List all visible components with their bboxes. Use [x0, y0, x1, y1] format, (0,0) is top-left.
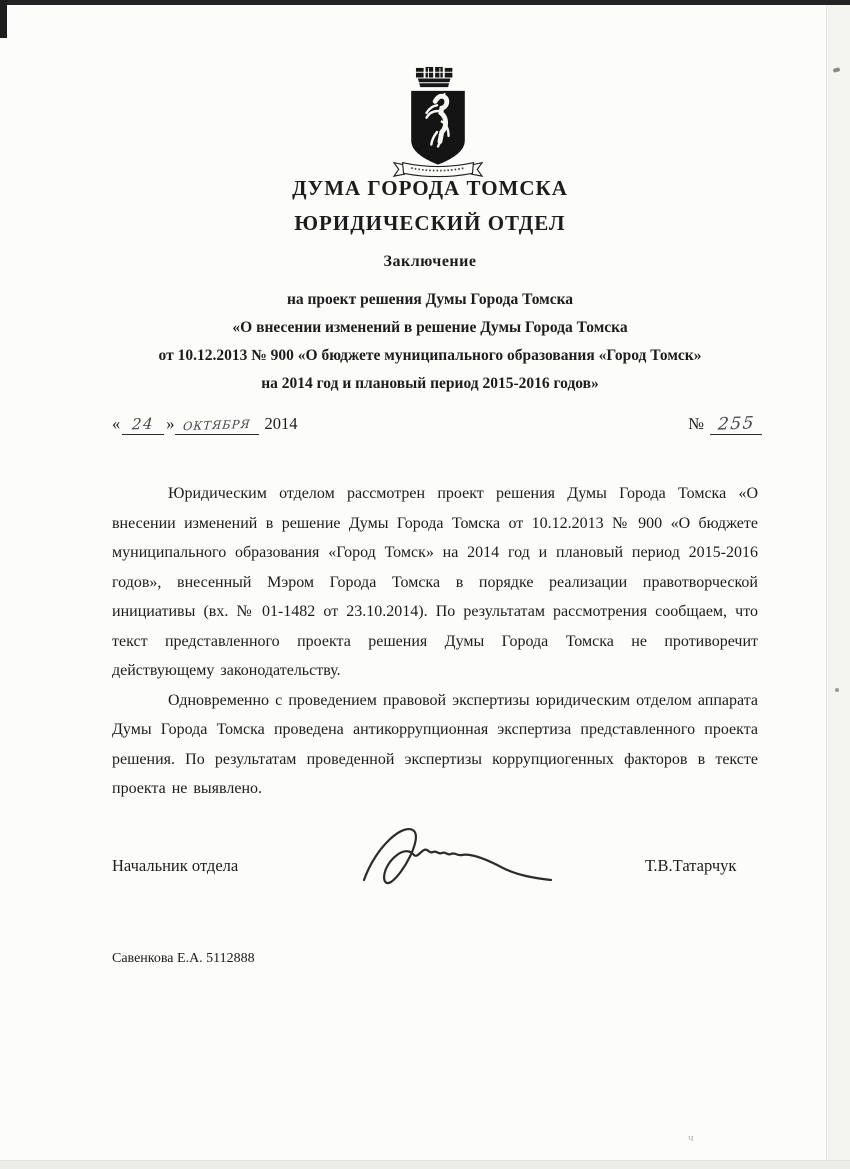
year-text: 2014 — [265, 414, 298, 433]
scan-bottom-edge-shade — [0, 1160, 850, 1169]
signer-name: Т.В.Татарчук — [645, 856, 736, 876]
body-paragraph-1: Юридическим отделом рассмотрен проект ре… — [112, 479, 758, 686]
close-quote: » — [166, 414, 174, 433]
scan-faint-mark: ч — [688, 1132, 698, 1144]
open-quote: « — [112, 414, 120, 433]
number-field: №255 — [688, 414, 762, 435]
org-name-line2: ЮРИДИЧЕСКИЙ ОТДЕЛ — [0, 211, 850, 236]
document-subject: на проект решения Думы Города Томска «О … — [95, 286, 765, 398]
handwritten-number: 255 — [717, 413, 755, 434]
subject-line: на проект решения Думы Города Томска — [95, 286, 765, 314]
month-blank: октября — [175, 414, 259, 435]
scan-top-edge-line — [0, 0, 850, 5]
scanned-document-page: ч — [0, 0, 850, 1169]
subject-line: от 10.12.2013 № 900 «О бюджете муниципал… — [95, 342, 765, 370]
document-body: Юридическим отделом рассмотрен проект ре… — [112, 479, 758, 804]
subject-line: «О внесении изменений в решение Думы Гор… — [95, 314, 765, 342]
handwritten-day: 24 — [132, 415, 155, 434]
signature-block: Начальник отдела Т.В.Татарчук — [112, 812, 762, 902]
executor-contact: Савенкова Е.А. 5112888 — [112, 951, 255, 967]
document-title: Заключение — [0, 253, 850, 271]
body-paragraph-2: Одновременно с проведением правовой эксп… — [112, 686, 758, 804]
handwritten-signature — [350, 814, 560, 903]
org-name-line1: ДУМА ГОРОДА ТОМСКА — [0, 176, 850, 201]
subject-line: на 2014 год и плановый период 2015-2016 … — [95, 370, 765, 398]
tomsk-coat-of-arms-icon — [390, 66, 486, 179]
day-blank: 24 — [122, 414, 164, 435]
number-blank: 255 — [710, 414, 762, 435]
number-sign: № — [688, 414, 704, 433]
scan-speck — [835, 688, 839, 692]
date-field: «24»октября2014 — [112, 414, 298, 435]
handwritten-month: октября — [182, 417, 251, 433]
signer-position: Начальник отдела — [112, 856, 238, 876]
scan-left-corner-mark — [0, 0, 7, 38]
date-number-line: «24»октября2014 №255 — [112, 410, 762, 442]
